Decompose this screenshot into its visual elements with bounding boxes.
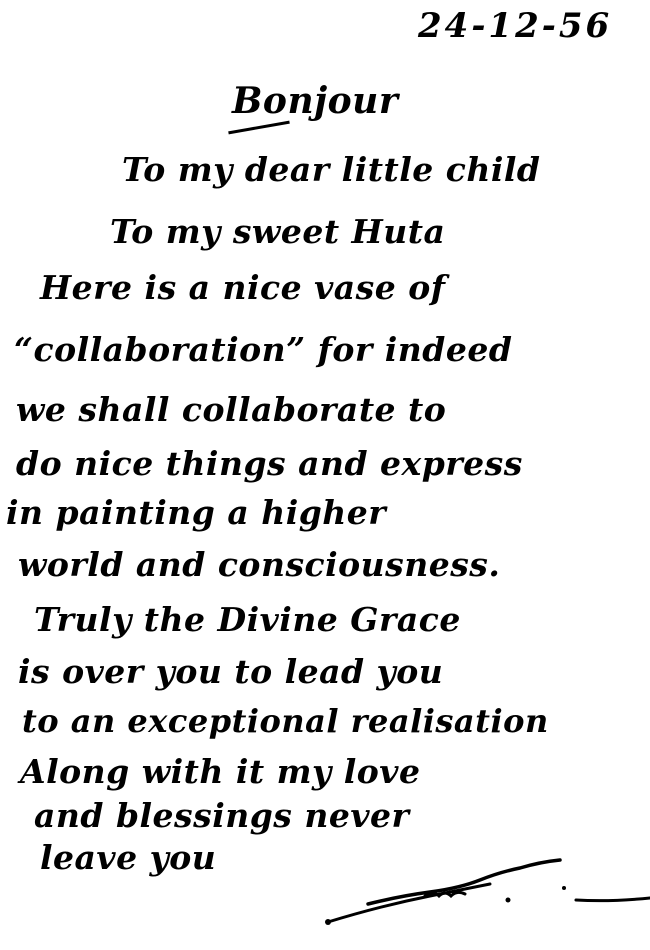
signature-mark (320, 840, 650, 930)
letter-line: is over you to lead you (18, 652, 443, 691)
letter-line: “collaboration” for indeed (14, 330, 512, 369)
letter-date: 24-12-56 (418, 6, 612, 46)
letter-line: to an exceptional realisation (22, 702, 549, 740)
letter-line: Here is a nice vase of (40, 268, 445, 307)
letter-page: 24-12-56 Bonjour To my dear little child… (0, 0, 650, 950)
letter-line: and blessings never (34, 796, 409, 835)
letter-line: in painting a higher (6, 493, 386, 532)
greeting-flourish (228, 121, 290, 135)
letter-line: Truly the Divine Grace (34, 600, 461, 639)
letter-line: To my sweet Huta (110, 212, 445, 251)
letter-line: world and consciousness. (18, 545, 500, 584)
letter-line: Along with it my love (20, 752, 420, 791)
letter-greeting: Bonjour (232, 80, 398, 122)
letter-line: To my dear little child (122, 150, 541, 189)
letter-line: leave you (40, 838, 216, 877)
letter-line: do nice things and express (16, 444, 523, 483)
letter-line: we shall collaborate to (16, 390, 446, 429)
